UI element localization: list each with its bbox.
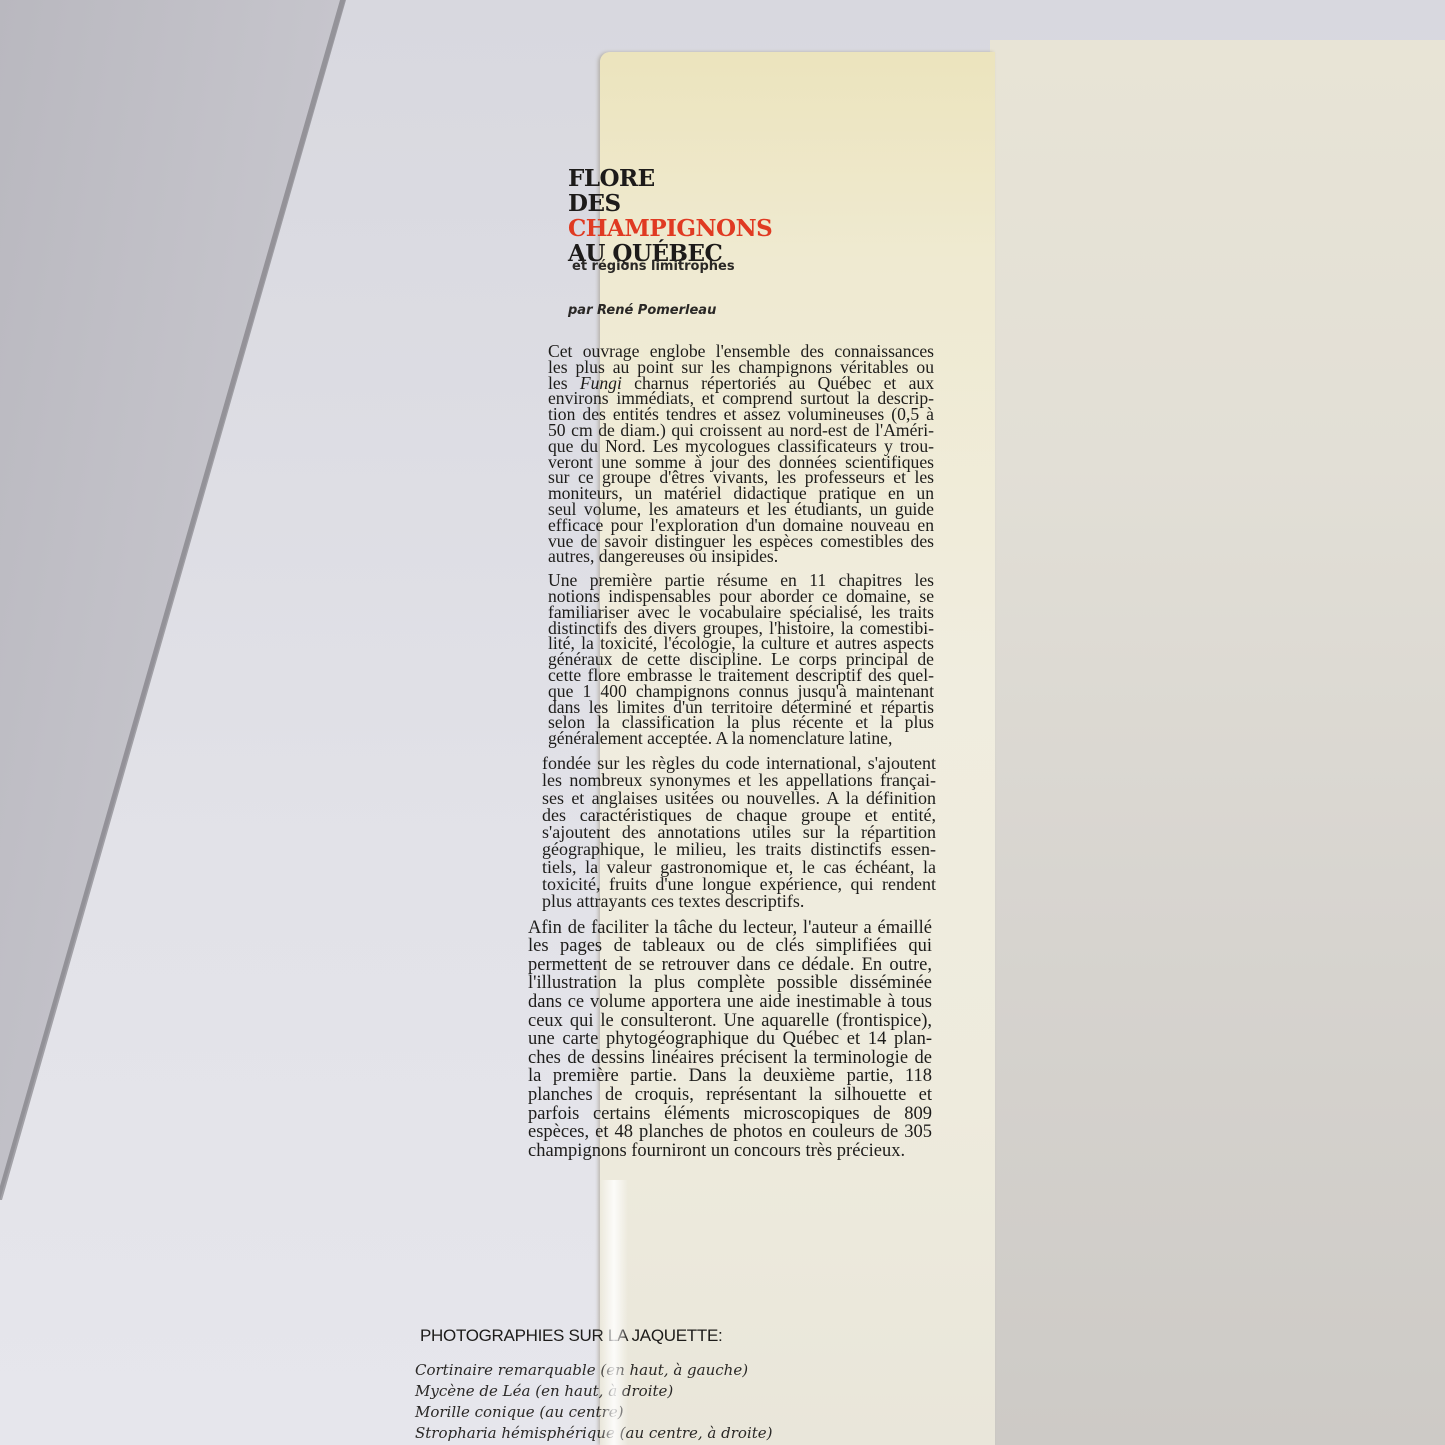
paragraph-3: Afin de faciliter la tâche du lecteur, l… — [528, 919, 932, 1161]
paragraph-1: Cet ouvrage englobe l'ensemble des conna… — [548, 344, 934, 565]
photo-credit-item: Morille conique (au centre) — [415, 1402, 773, 1423]
book-author: par René Pomerleau — [568, 303, 716, 318]
text-line: Afin de faciliter la tâche du lecteur, l… — [528, 919, 932, 938]
text-line: les nombreux synonymes et les appellatio… — [542, 772, 936, 789]
photos-credit-list: Cortinaire remarquable (en haut, à gauch… — [415, 1360, 773, 1444]
text-line: planches de croquis, représentant la sil… — [528, 1086, 932, 1105]
text-line: la première partie. Dans la deuxième par… — [528, 1067, 932, 1086]
text-line: plus attrayants ces textes descriptifs. — [542, 893, 936, 910]
photo-credit-item: Cortinaire remarquable (en haut, à gauch… — [415, 1360, 773, 1381]
book-title: FLORE DES CHAMPIGNONS AU QUÉBEC — [568, 166, 772, 266]
title-line-3-accent: CHAMPIGNONS — [568, 216, 772, 241]
photo-credit-item: Mycène de Léa (en haut, à droite) — [415, 1381, 773, 1402]
text-line: ceux qui le consulteront. Une aquarelle … — [528, 1012, 932, 1031]
text-line: autres, dangereuses ou insipides. — [548, 549, 934, 565]
paragraph-2-continued: fondée sur les règles du code internatio… — [542, 755, 936, 911]
text-line: ches de dessins linéaires précisent la t… — [528, 1049, 932, 1068]
photo-credit-item: Stropharia hémisphérique (au centre, à d… — [415, 1423, 773, 1444]
text-line: champignons fourniront un concours très … — [528, 1142, 932, 1161]
text-line: parfois certains éléments microscopiques… — [528, 1105, 932, 1124]
text-line: l'illustration la plus complète possible… — [528, 974, 932, 993]
title-line-2: DES — [568, 191, 772, 216]
description-body: Cet ouvrage englobe l'ensemble des conna… — [548, 344, 934, 1168]
text-line: les pages de tableaux ou de clés simplif… — [528, 937, 932, 956]
text-line: dans ce volume apportera une aide inesti… — [528, 993, 932, 1012]
text-line: généralement acceptée. A la nomenclature… — [548, 731, 934, 747]
photos-heading: PHOTOGRAPHIES SUR LA JAQUETTE: — [420, 1326, 722, 1346]
title-line-1: FLORE — [568, 166, 772, 191]
text-line: espèces, et 48 planches de photos en cou… — [528, 1123, 932, 1142]
glare-highlight — [600, 1180, 628, 1445]
text-line: une carte phytogéographique du Québec et… — [528, 1030, 932, 1049]
paragraph-2: Une première partie résume en 11 chapitr… — [548, 573, 934, 747]
book-subtitle: et régions limitrophes — [572, 259, 735, 274]
text-line: permettent de se retrouver dans ce dédal… — [528, 956, 932, 975]
